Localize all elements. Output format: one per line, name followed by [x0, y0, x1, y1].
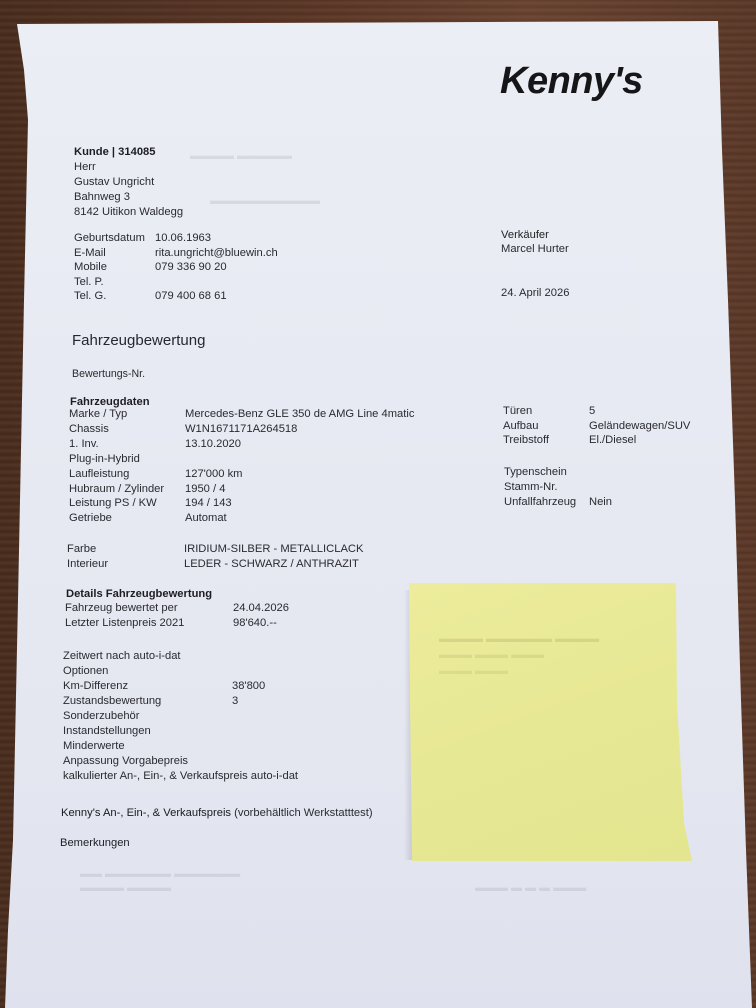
field-label: Instandstellungen: [63, 725, 151, 737]
field-label: Stamm-Nr.: [504, 481, 557, 493]
field-value: 079 400 68 61: [155, 290, 227, 302]
sticky-bleed-text: ▬▬▬▬ ▬▬▬▬▬▬ ▬▬▬▬: [439, 633, 599, 645]
field-label: Zustandsbewertung: [63, 695, 161, 707]
field-label: Plug-in-Hybrid: [69, 453, 140, 465]
field-label: Leistung PS / KW: [69, 497, 157, 509]
field-label: Anpassung Vorgabepreis: [63, 755, 188, 767]
field-label: Marke / Typ: [69, 408, 127, 420]
field-label: kalkulierter An-, Ein-, & Verkaufspreis …: [63, 770, 298, 782]
field-value: Geländewagen/SUV: [589, 420, 690, 432]
field-value: Mercedes-Benz GLE 350 de AMG Line 4matic: [185, 408, 414, 420]
sticky-bleed-text: ▬▬▬ ▬▬▬ ▬▬▬: [439, 649, 544, 661]
field-value: 079 336 90 20: [155, 261, 227, 273]
remarks-label: Bemerkungen: [60, 836, 130, 851]
field-value: LEDER - SCHWARZ / ANTHRAZIT: [184, 558, 359, 570]
kennys-price-line: Kenny's An-, Ein-, & Verkaufspreis (vorb…: [61, 806, 373, 821]
field-value: Automat: [185, 512, 227, 524]
field-value: 5: [589, 405, 595, 417]
field-value: IRIDIUM-SILBER - METALLICLACK: [184, 543, 363, 555]
customer-salutation: Herr: [74, 160, 96, 175]
bleed-through-text: ▬▬▬▬▬▬▬▬▬▬: [210, 195, 320, 207]
bleed-through-text: ▬▬ ▬▬▬▬▬▬ ▬▬▬▬▬▬: [80, 868, 240, 880]
page-title: Fahrzeugbewertung: [72, 332, 205, 349]
field-label: Tel. G.: [74, 290, 106, 302]
customer-name: Gustav Ungricht: [74, 175, 154, 190]
rating-number-label: Bewertungs-Nr.: [72, 367, 145, 382]
field-value: 194 / 143: [185, 497, 232, 509]
field-value: 13.10.2020: [185, 438, 241, 450]
field-label: Chassis: [69, 423, 109, 435]
sticky-note: ▬▬▬▬ ▬▬▬▬▬▬ ▬▬▬▬ ▬▬▬ ▬▬▬ ▬▬▬ ▬▬▬ ▬▬▬: [409, 583, 692, 861]
field-label: Letzter Listenpreis 2021: [65, 617, 184, 629]
field-label: Treibstoff: [503, 434, 549, 446]
field-label: Fahrzeug bewertet per: [65, 602, 178, 614]
field-value: 1950 / 4: [185, 483, 225, 495]
field-label: Geburtsdatum: [74, 232, 145, 244]
kennys-price-note: (vorbehältlich Werkstatttest): [231, 807, 373, 819]
valuation-heading: Details Fahrzeugbewertung: [66, 587, 212, 602]
field-label: Farbe: [67, 543, 96, 555]
field-value: 127'000 km: [185, 468, 243, 480]
sticky-bleed-text: ▬▬▬ ▬▬▬: [439, 665, 508, 677]
field-label: 1. Inv.: [69, 438, 99, 450]
seller-name: Marcel Hurter: [501, 242, 569, 257]
field-label: Unfallfahrzeug: [504, 496, 576, 508]
field-value: 98'640.--: [233, 617, 277, 629]
field-label: Interieur: [67, 558, 108, 570]
field-label: Mobile: [74, 261, 107, 273]
field-value: Nein: [589, 496, 612, 508]
seller-label: Verkäufer: [501, 228, 549, 243]
bleed-through-text: ▬▬▬▬ ▬▬▬▬: [80, 882, 171, 894]
field-value: W1N1671171A264518: [185, 423, 297, 435]
document-date: 24. April 2026: [501, 286, 569, 301]
customer-heading: Kunde | 314085: [74, 145, 155, 160]
bleed-through-text: ▬▬▬ ▬ ▬ ▬ ▬▬▬: [475, 882, 586, 894]
field-label: Aufbau: [503, 420, 538, 432]
field-label: Laufleistung: [69, 468, 129, 480]
customer-city: 8142 Uitikon Waldegg: [74, 205, 183, 220]
bleed-through-text: ▬▬▬▬ ▬▬▬▬▬: [190, 150, 292, 162]
field-value: 38'800: [232, 680, 265, 692]
kennys-price-label: Kenny's An-, Ein-, & Verkaufspreis: [61, 807, 231, 819]
field-value: 10.06.1963: [155, 232, 211, 244]
field-label: Km-Differenz: [63, 680, 128, 692]
kennys-logo: Kenny's: [500, 60, 643, 103]
field-label: Getriebe: [69, 512, 112, 524]
customer-street: Bahnweg 3: [74, 190, 130, 205]
field-label: E-Mail: [74, 247, 106, 259]
field-label: Türen: [503, 405, 532, 417]
field-label: Sonderzubehör: [63, 710, 140, 722]
field-label: Typenschein: [504, 466, 567, 478]
field-label: Hubraum / Zylinder: [69, 483, 164, 495]
field-label: Tel. P.: [74, 276, 104, 288]
field-label: Zeitwert nach auto-i-dat: [63, 650, 181, 662]
field-value: El./Diesel: [589, 434, 636, 446]
field-value: 24.04.2026: [233, 602, 289, 614]
field-value: rita.ungricht@bluewin.ch: [155, 247, 278, 259]
field-label: Optionen: [63, 665, 108, 677]
field-label: Minderwerte: [63, 740, 125, 752]
field-value: 3: [232, 695, 238, 707]
